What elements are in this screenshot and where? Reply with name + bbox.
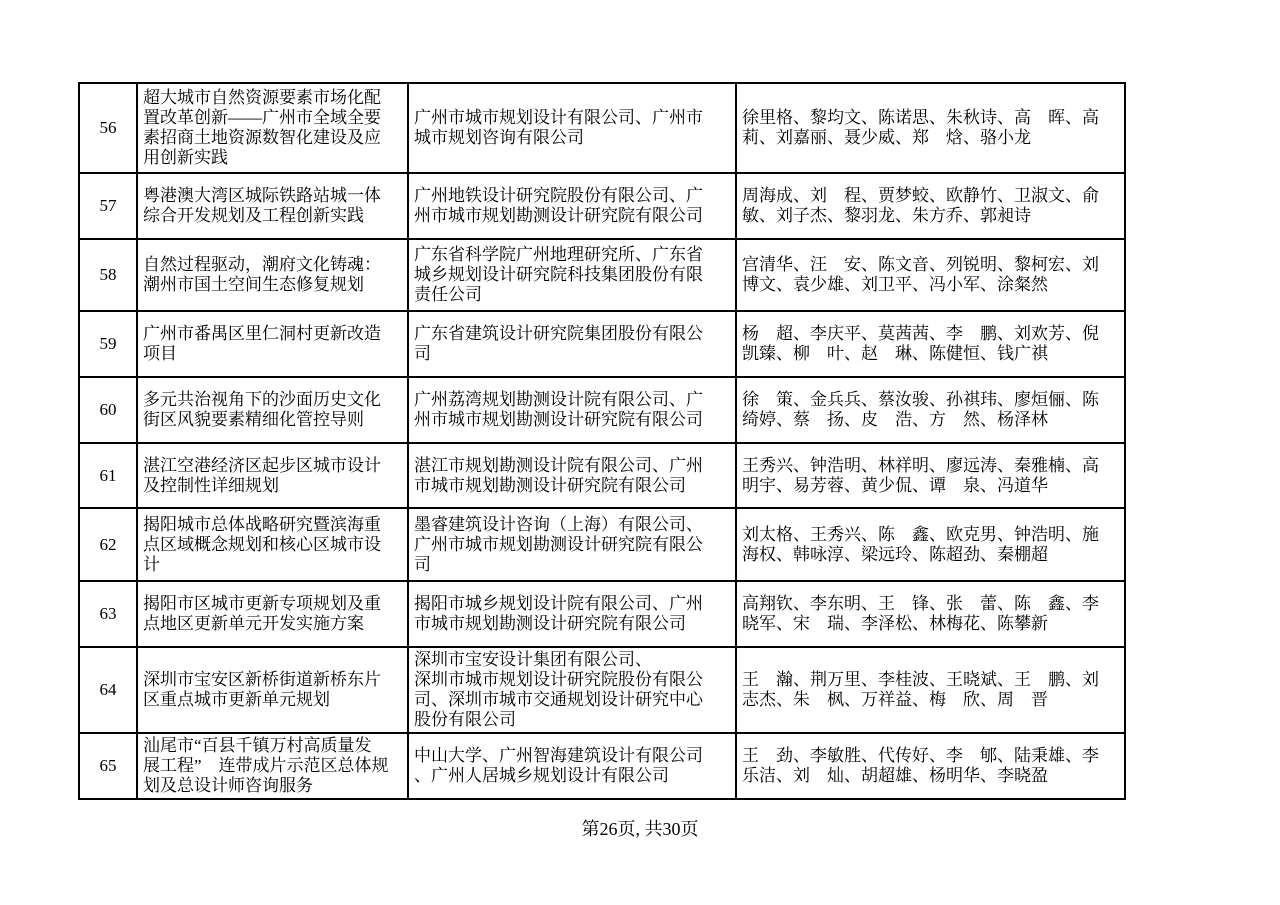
project-name-cell: 多元共治视角下的沙面历史文化 街区风貌要素精细化管控导则 [137,377,408,443]
people-cell: 杨 超、李庆平、莫茜茜、李 鹏、刘欢芳、倪 凯臻、柳 叶、赵 琳、陈健恒、钱广祺 [736,311,1125,377]
organizations-cell: 广州荔湾规划勘测设计院有限公司、广 州市城市规划勘测设计研究院有限公司 [408,377,736,443]
organizations-cell: 墨睿建筑设计咨询（上海）有限公司、 广州市城市规划勘测设计研究院有限公 司 [408,508,736,581]
row-number-cell: 57 [79,173,137,239]
table-row: 58 自然过程驱动，潮府文化铸魂： 潮州市国土空间生态修复规划 广东省科学院广州… [79,239,1125,311]
people-cell: 宫清华、汪 安、陈文音、列锐明、黎柯宏、刘 博文、袁少雄、刘卫平、冯小军、涂粲然 [736,239,1125,311]
project-name-cell: 深圳市宝安区新桥街道新桥东片 区重点城市更新单元规划 [137,647,408,733]
people-cell: 徐里格、黎均文、陈诺思、朱秋诗、高 晖、高 莉、刘嘉丽、聂少威、郑 焓、骆小龙 [736,83,1125,173]
people-cell: 刘太格、王秀兴、陈 鑫、欧克男、钟浩明、施 海权、韩咏淳、梁远玲、陈超劲、秦棚超 [736,508,1125,581]
project-name-cell: 揭阳城市总体战略研究暨滨海重 点区域概念规划和核心区城市设 计 [137,508,408,581]
table-row: 57 粤港澳大湾区城际铁路站城一体 综合开发规划及工程创新实践 广州地铁设计研究… [79,173,1125,239]
document-page: 56 超大城市自然资源要素市场化配 置改革创新——广州市全域全要 素招商土地资源… [0,0,1280,905]
organizations-cell: 中山大学、广州智海建筑设计有限公司 、广州人居城乡规划设计有限公司 [408,733,736,799]
people-cell: 王秀兴、钟浩明、林祥明、廖远涛、秦雅楠、高 明宇、易芳蓉、黄少侃、谭 泉、冯道华 [736,443,1125,508]
row-number-cell: 63 [79,581,137,647]
organizations-cell: 深圳市宝安设计集团有限公司、 深圳市城市规划设计研究院股份有限公 司、深圳市城市… [408,647,736,733]
table-row: 62 揭阳城市总体战略研究暨滨海重 点区域概念规划和核心区城市设 计 墨睿建筑设… [79,508,1125,581]
project-name-cell: 揭阳市区城市更新专项规划及重 点地区更新单元开发实施方案 [137,581,408,647]
people-cell: 徐 策、金兵兵、蔡汝骏、孙祺玮、廖烜俪、陈 绮婷、蔡 扬、皮 浩、方 然、杨泽林 [736,377,1125,443]
row-number-cell: 58 [79,239,137,311]
projects-table-body: 56 超大城市自然资源要素市场化配 置改革创新——广州市全域全要 素招商土地资源… [79,83,1125,799]
page-number-footer: 第26页, 共30页 [0,818,1280,840]
table-row: 65 汕尾市“百县千镇万村高质量发 展工程” 连带成片示范区总体规 划及总设计师… [79,733,1125,799]
project-name-cell: 超大城市自然资源要素市场化配 置改革创新——广州市全域全要 素招商土地资源数智化… [137,83,408,173]
organizations-cell: 广东省建筑设计研究院集团股份有限公 司 [408,311,736,377]
row-number-cell: 61 [79,443,137,508]
table-row: 56 超大城市自然资源要素市场化配 置改革创新——广州市全域全要 素招商土地资源… [79,83,1125,173]
people-cell: 周海成、刘 程、贾梦蛟、欧静竹、卫淑文、俞 敏、刘子杰、黎羽龙、朱方乔、郭昶诗 [736,173,1125,239]
row-number-cell: 56 [79,83,137,173]
organizations-cell: 湛江市规划勘测设计院有限公司、广州 市城市规划勘测设计研究院有限公司 [408,443,736,508]
table-row: 60 多元共治视角下的沙面历史文化 街区风貌要素精细化管控导则 广州荔湾规划勘测… [79,377,1125,443]
organizations-cell: 广州地铁设计研究院股份有限公司、广 州市城市规划勘测设计研究院有限公司 [408,173,736,239]
project-name-cell: 汕尾市“百县千镇万村高质量发 展工程” 连带成片示范区总体规 划及总设计师咨询服… [137,733,408,799]
row-number-cell: 60 [79,377,137,443]
projects-table: 56 超大城市自然资源要素市场化配 置改革创新——广州市全域全要 素招商土地资源… [78,82,1126,800]
row-number-cell: 59 [79,311,137,377]
organizations-cell: 广州市城市规划设计有限公司、广州市 城市规划咨询有限公司 [408,83,736,173]
people-cell: 王 瀚、荆万里、李桂波、王晓斌、王 鹏、刘 志杰、朱 枫、万祥益、梅 欣、周 晋 [736,647,1125,733]
table-row: 64 深圳市宝安区新桥街道新桥东片 区重点城市更新单元规划 深圳市宝安设计集团有… [79,647,1125,733]
project-name-cell: 粤港澳大湾区城际铁路站城一体 综合开发规划及工程创新实践 [137,173,408,239]
row-number-cell: 65 [79,733,137,799]
organizations-cell: 揭阳市城乡规划设计院有限公司、广州 市城市规划勘测设计研究院有限公司 [408,581,736,647]
table-row: 59 广州市番禺区里仁洞村更新改造 项目 广东省建筑设计研究院集团股份有限公 司… [79,311,1125,377]
table-row: 63 揭阳市区城市更新专项规划及重 点地区更新单元开发实施方案 揭阳市城乡规划设… [79,581,1125,647]
row-number-cell: 64 [79,647,137,733]
organizations-cell: 广东省科学院广州地理研究所、广东省 城乡规划设计研究院科技集团股份有限 责任公司 [408,239,736,311]
people-cell: 高翔钦、李东明、王 锋、张 蕾、陈 鑫、李 晓军、宋 瑞、李泽松、林梅花、陈攀新 [736,581,1125,647]
project-name-cell: 湛江空港经济区起步区城市设计 及控制性详细规划 [137,443,408,508]
people-cell: 王 劲、李敏胜、代传好、李 郇、陆秉雄、李 乐洁、刘 灿、胡超雄、杨明华、李晓盈 [736,733,1125,799]
row-number-cell: 62 [79,508,137,581]
project-name-cell: 自然过程驱动，潮府文化铸魂： 潮州市国土空间生态修复规划 [137,239,408,311]
table-row: 61 湛江空港经济区起步区城市设计 及控制性详细规划 湛江市规划勘测设计院有限公… [79,443,1125,508]
project-name-cell: 广州市番禺区里仁洞村更新改造 项目 [137,311,408,377]
